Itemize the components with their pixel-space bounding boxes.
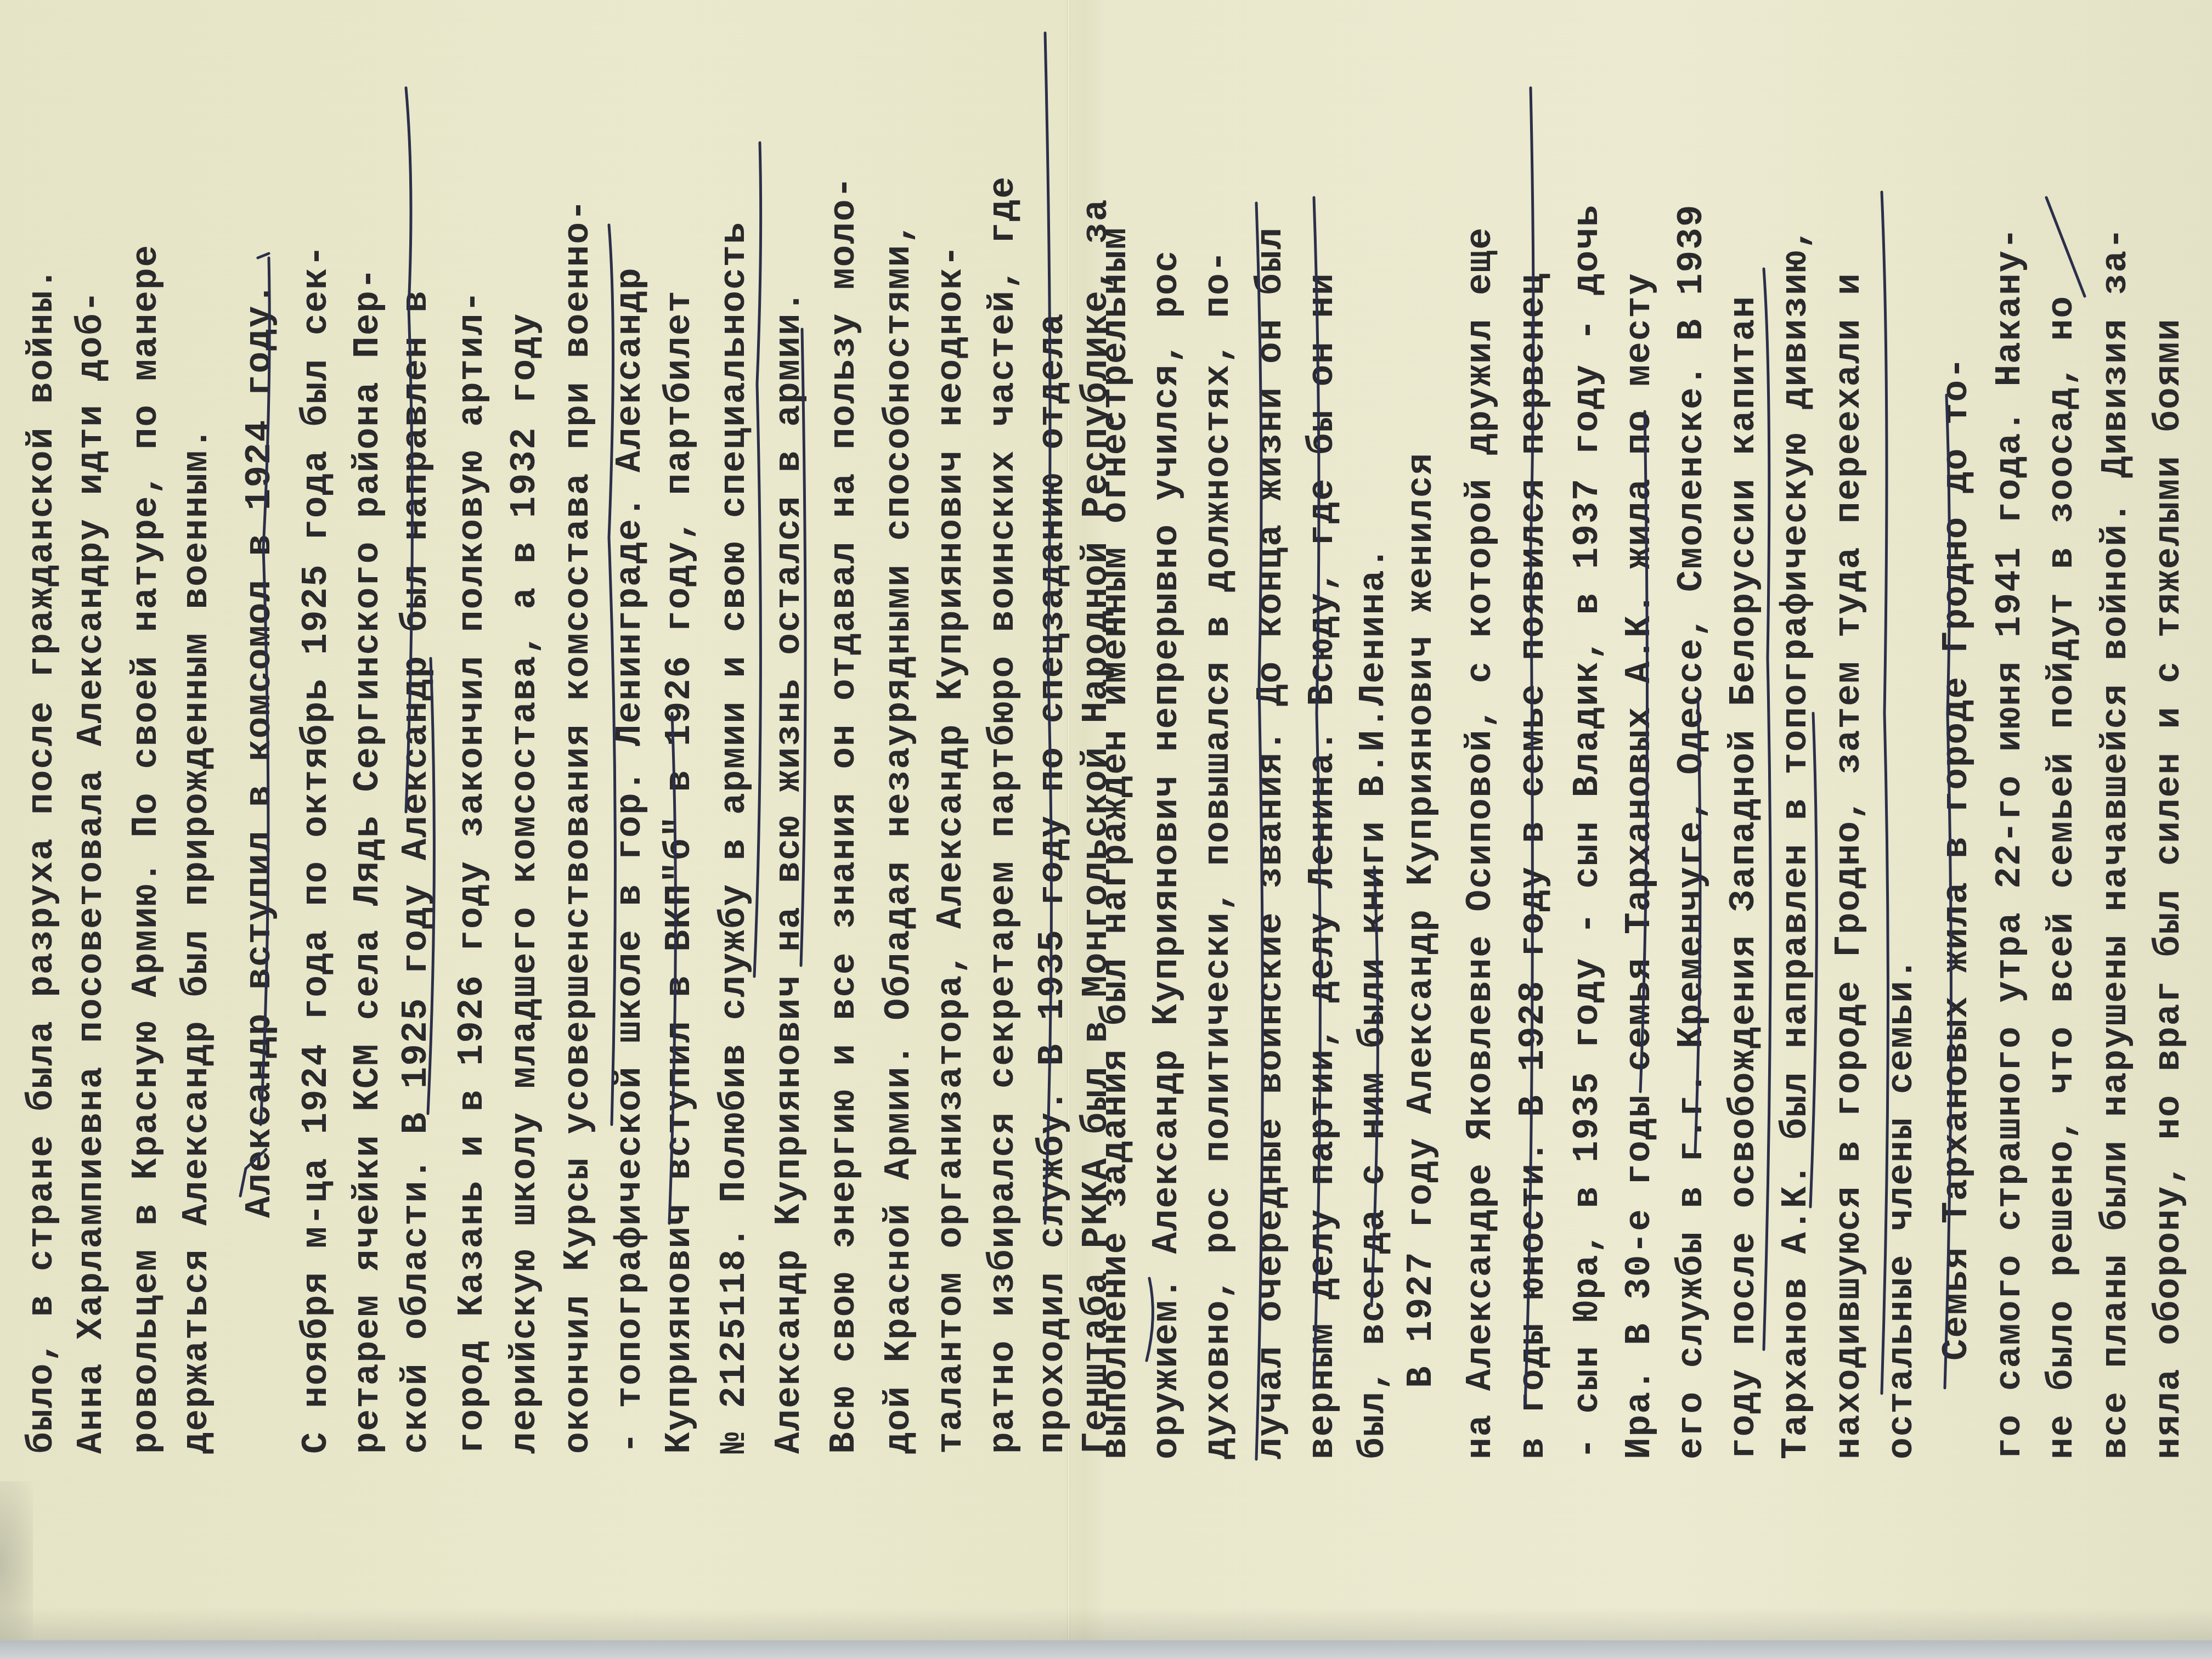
typed-line: Семья Тархановых жила в городе Гродно до… xyxy=(1939,356,1975,1361)
typed-line: талантом организатора, Александр Куприян… xyxy=(933,244,969,1454)
typed-line: ской области. В 1925 году Александр был … xyxy=(398,290,435,1454)
typed-line: проходил службу. В 1935 году по спецзада… xyxy=(1035,313,1071,1454)
typed-line: было, в стране была разруха после гражда… xyxy=(24,267,60,1454)
typed-line: ратно избирался секретарем партбюро воин… xyxy=(985,176,1022,1454)
typed-line: ретарем ячейки КСМ села Лядь Сергинского… xyxy=(350,267,386,1454)
typed-line: Ира. В 30-е годы семья Тархановых А.К. ж… xyxy=(1622,272,1658,1459)
document-paper: было, в стране была разруха после гражда… xyxy=(0,0,2212,1640)
typed-line: держаться Александр был прирожденным вое… xyxy=(179,427,215,1454)
typed-line: верным делу партии, делу Ленина. Всюду, … xyxy=(1305,272,1341,1459)
typed-line: выполнение задания был награжден именным… xyxy=(1098,227,1134,1459)
typed-line: - сын Юра, в 1935 году - сын Владик, в 1… xyxy=(1570,204,1606,1459)
typed-line: находившуюся в городе Гродно, затем туда… xyxy=(1831,272,1867,1459)
table-surface xyxy=(0,1640,2212,1659)
typed-line: Александр Куприянович на всю жизнь остал… xyxy=(771,290,808,1454)
typed-line: году после освобождения Западной Белорус… xyxy=(1726,295,1762,1459)
typed-line: духовно, рос политически, повышался в до… xyxy=(1200,250,1237,1459)
typed-line: остальные члены семьи. xyxy=(1884,957,1920,1459)
typed-line: окончил Курсы усовершенствования комсост… xyxy=(560,199,596,1454)
typed-line: няла оборону, но враг был силен и с тяже… xyxy=(2151,318,2187,1459)
typed-line: С ноября м-ца 1924 года по октябрь 1925 … xyxy=(298,244,335,1454)
typed-line: Александр вступил в комсомол в 1924 году… xyxy=(242,282,278,1218)
typed-line: в годы юности. В 1928 году в семье появи… xyxy=(1515,272,1551,1459)
typed-line: город Казань и в 1926 году закончил полк… xyxy=(454,290,490,1454)
typed-line: его службы в г.г. Кременчуге, Одессе, См… xyxy=(1674,204,1710,1459)
typed-line: на Александре Яковлевне Осиповой, с кото… xyxy=(1463,227,1499,1459)
typed-line: Анна Харлампиевна посоветовала Александр… xyxy=(74,290,110,1454)
typed-line: все планы были нарушены начавшейся войно… xyxy=(2098,227,2134,1459)
typed-line: - топографической школе в гор. Ленинград… xyxy=(612,267,648,1454)
typed-line: лерийскую школу младшего комсостава, а в… xyxy=(507,313,543,1454)
typed-line: Всю свою энергию и все знания он отдавал… xyxy=(826,176,862,1454)
typed-line: дой Красной Армии. Обладая незаурядными … xyxy=(881,221,917,1454)
paper-shadow xyxy=(0,1481,33,1646)
typed-line: ровольцем в Красную Армию. По своей нату… xyxy=(128,244,165,1454)
typed-line: лучал очередные воинские звания. До конц… xyxy=(1253,227,1289,1459)
typed-line: Тарханов А.К. был направлен в топографич… xyxy=(1778,227,1814,1459)
typed-line: го самого страшного утра 22-го июня 1941… xyxy=(1992,227,2028,1459)
typed-line: Куприянович вступил в ВКП"б" в 1926 году… xyxy=(662,290,698,1454)
typed-line: № 2125118. Полюбив службу в армии и свою… xyxy=(716,221,753,1454)
typed-line: был, всегда с ним были книги В.И.Ленина. xyxy=(1356,546,1392,1459)
typed-line: не было решено, что всей семьей пойдут в… xyxy=(2044,295,2080,1459)
typed-line: В 1927 году Александр Куприянович женилс… xyxy=(1403,452,1440,1388)
typed-line: оружием. Александр Куприянович непрерывн… xyxy=(1149,250,1185,1459)
